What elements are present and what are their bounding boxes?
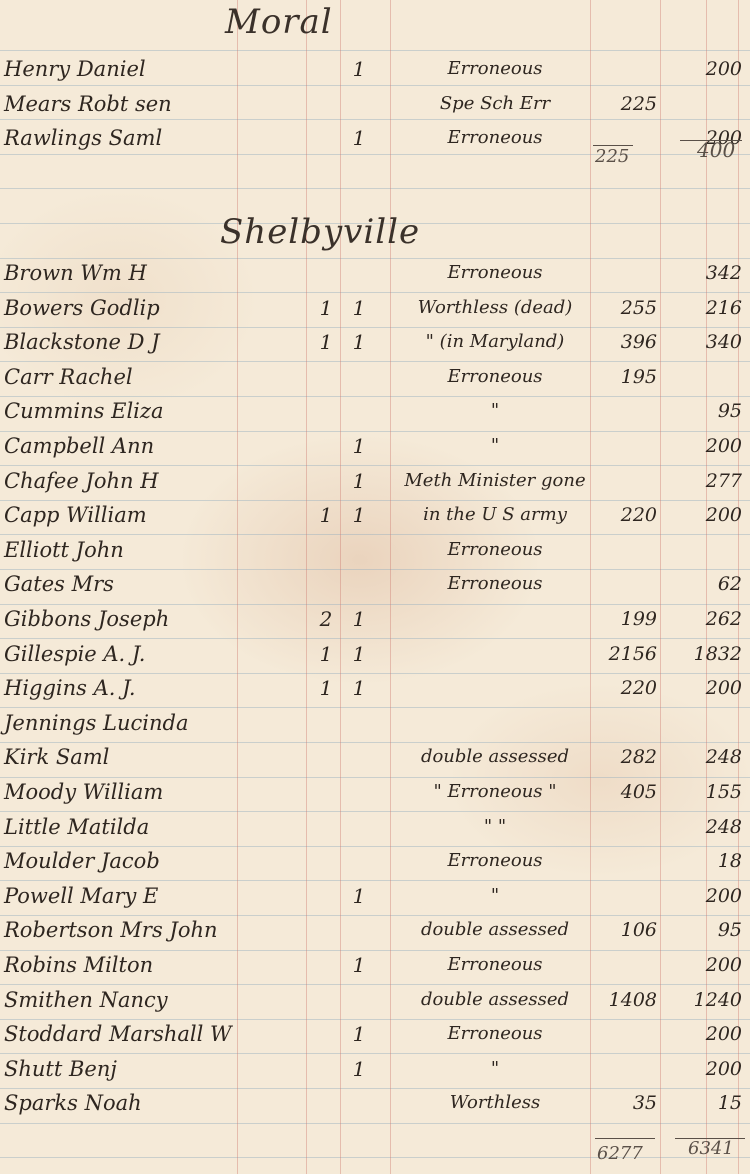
- count-col-1: 1: [312, 673, 340, 703]
- remark: Erroneous: [395, 123, 595, 153]
- person-name: Robins Milton: [4, 950, 153, 980]
- person-name: Sparks Noah: [4, 1088, 142, 1118]
- person-name: Cummins Eliza: [4, 396, 163, 426]
- amount-col-1: 220: [585, 673, 657, 703]
- count-col-1: 1: [312, 639, 340, 669]
- person-name: Moulder Jacob: [4, 846, 160, 876]
- ledger-row: Brown Wm HErroneous342: [0, 256, 750, 290]
- amount-col-1: 405: [585, 777, 657, 807]
- person-name: Elliott John: [4, 535, 124, 565]
- remark: ": [395, 431, 595, 461]
- amount-col-2: 200: [670, 1054, 742, 1084]
- total-rule: [595, 1138, 655, 1139]
- remark: double assessed: [395, 985, 595, 1015]
- amount-col-2: 200: [670, 1019, 742, 1049]
- remark: ": [395, 396, 595, 426]
- ledger-row: Sparks NoahWorthless3515: [0, 1086, 750, 1120]
- ledger-row: Cummins Eliza"95: [0, 394, 750, 428]
- amount-col-1: 225: [585, 89, 657, 119]
- ledger-row: Robertson Mrs Johndouble assessed10695: [0, 913, 750, 947]
- person-name: Mears Robt sen: [4, 89, 172, 119]
- count-col-2: 1: [345, 881, 373, 911]
- person-name: Blackstone D J: [4, 327, 160, 357]
- ledger-row: Moulder JacobErroneous18: [0, 844, 750, 878]
- amount-col-2: 262: [670, 604, 742, 634]
- person-name: Brown Wm H: [4, 258, 147, 288]
- person-name: Kirk Saml: [4, 742, 109, 772]
- amount-col-2: 200: [670, 500, 742, 530]
- section-heading-moral: Moral: [225, 2, 333, 42]
- person-name: Rawlings Saml: [4, 123, 162, 153]
- count-col-2: 1: [345, 466, 373, 496]
- amount-col-2: 342: [670, 258, 742, 288]
- ledger-row: Campbell Ann1"200: [0, 429, 750, 463]
- person-name: Smithen Nancy: [4, 985, 168, 1015]
- remark: Erroneous: [395, 258, 595, 288]
- person-name: Campbell Ann: [4, 431, 154, 461]
- ruled-line: [0, 50, 750, 51]
- remark: Worthless: [395, 1088, 595, 1118]
- amount-col-2: 200: [670, 950, 742, 980]
- ledger-row: Kirk Samldouble assessed282248: [0, 740, 750, 774]
- count-col-2: 1: [345, 123, 373, 153]
- remark: Erroneous: [395, 950, 595, 980]
- person-name: Moody William: [4, 777, 163, 807]
- person-name: Gillespie A. J.: [4, 639, 145, 669]
- remark: " Erroneous ": [395, 777, 595, 807]
- person-name: Shutt Benj: [4, 1054, 117, 1084]
- amount-col-2: 95: [670, 396, 742, 426]
- person-name: Capp William: [4, 500, 147, 530]
- ledger-page: Moral Henry Daniel1Erroneous200Mears Rob…: [0, 0, 750, 1174]
- count-col-1: 1: [312, 327, 340, 357]
- ledger-row: Gillespie A. J.1121561832: [0, 637, 750, 671]
- amount-col-1: 396: [585, 327, 657, 357]
- count-col-1: 1: [312, 500, 340, 530]
- amount-col-2: 248: [670, 742, 742, 772]
- person-name: Henry Daniel: [4, 54, 146, 84]
- remark: Erroneous: [395, 54, 595, 84]
- count-col-2: 1: [345, 293, 373, 323]
- amount-col-2: 15: [670, 1088, 742, 1118]
- ledger-row: Higgins A. J.11220200: [0, 671, 750, 705]
- amount-col-2: 340: [670, 327, 742, 357]
- amount-col-2: 95: [670, 915, 742, 945]
- ledger-row: Gibbons Joseph21199262: [0, 602, 750, 636]
- count-col-1: 2: [312, 604, 340, 634]
- amount-col-2: 155: [670, 777, 742, 807]
- section-total-amt1: 6277: [597, 1143, 643, 1164]
- remark: Spe Sch Err: [395, 89, 595, 119]
- amount-col-2: 1832: [670, 639, 742, 669]
- amount-col-1: 35: [585, 1088, 657, 1118]
- person-name: Chafee John H: [4, 466, 159, 496]
- remark: ": [395, 881, 595, 911]
- ledger-row: Carr RachelErroneous195: [0, 360, 750, 394]
- count-col-2: 1: [345, 500, 373, 530]
- ledger-row: Chafee John H1Meth Minister gone277: [0, 464, 750, 498]
- person-name: Little Matilda: [4, 812, 149, 842]
- amount-col-2: 277: [670, 466, 742, 496]
- person-name: Jennings Lucinda: [4, 708, 188, 738]
- amount-col-2: 200: [670, 431, 742, 461]
- amount-col-2: 18: [670, 846, 742, 876]
- remark: Erroneous: [395, 1019, 595, 1049]
- person-name: Stoddard Marshall W: [4, 1019, 232, 1049]
- section-total-amt1: 225: [595, 146, 629, 167]
- ledger-row: Henry Daniel1Erroneous200: [0, 52, 750, 86]
- ledger-row: Smithen Nancydouble assessed14081240: [0, 983, 750, 1017]
- person-name: Carr Rachel: [4, 362, 133, 392]
- count-col-2: 1: [345, 950, 373, 980]
- remark: ": [395, 1054, 595, 1084]
- ledger-row: Robins Milton1Erroneous200: [0, 948, 750, 982]
- ledger-row: Elliott JohnErroneous: [0, 533, 750, 567]
- ledger-row: Shutt Benj1"200: [0, 1052, 750, 1086]
- section-heading-shelbyville: Shelbyville: [220, 212, 420, 252]
- ledger-row: Mears Robt senSpe Sch Err225: [0, 87, 750, 121]
- person-name: Gates Mrs: [4, 569, 114, 599]
- remark: Meth Minister gone: [395, 466, 595, 496]
- amount-col-2: 62: [670, 569, 742, 599]
- person-name: Gibbons Joseph: [4, 604, 169, 634]
- amount-col-1: 195: [585, 362, 657, 392]
- amount-col-1: 106: [585, 915, 657, 945]
- amount-col-2: 1240: [670, 985, 742, 1015]
- person-name: Robertson Mrs John: [4, 915, 218, 945]
- amount-col-1: 255: [585, 293, 657, 323]
- ledger-row: Gates MrsErroneous62: [0, 567, 750, 601]
- amount-col-2: 200: [670, 881, 742, 911]
- amount-col-1: 282: [585, 742, 657, 772]
- amount-col-1: 220: [585, 500, 657, 530]
- amount-col-2: 200: [670, 673, 742, 703]
- count-col-2: 1: [345, 1019, 373, 1049]
- remark: Erroneous: [395, 569, 595, 599]
- amount-col-1: 199: [585, 604, 657, 634]
- remark: double assessed: [395, 742, 595, 772]
- ledger-row: Blackstone D J11" (in Maryland)396340: [0, 325, 750, 359]
- count-col-1: 1: [312, 293, 340, 323]
- count-col-2: 1: [345, 54, 373, 84]
- person-name: Powell Mary E: [4, 881, 158, 911]
- remark: Erroneous: [395, 535, 595, 565]
- ledger-row: Little Matilda" "248: [0, 810, 750, 844]
- count-col-2: 1: [345, 639, 373, 669]
- person-name: Higgins A. J.: [4, 673, 136, 703]
- remark: Worthless (dead): [395, 293, 595, 323]
- amount-col-2: 216: [670, 293, 742, 323]
- amount-col-1: 1408: [585, 985, 657, 1015]
- count-col-2: 1: [345, 327, 373, 357]
- amount-col-2: 248: [670, 812, 742, 842]
- ruled-line: [0, 1123, 750, 1124]
- amount-col-2: 200: [670, 54, 742, 84]
- amount-col-1: 2156: [585, 639, 657, 669]
- remark: in the U S army: [395, 500, 595, 530]
- person-name: Bowers Godlip: [4, 293, 160, 323]
- ledger-row: Bowers Godlip11Worthless (dead)255216: [0, 291, 750, 325]
- section-total-amt2: 400: [697, 138, 735, 162]
- remark: " (in Maryland): [395, 327, 595, 357]
- ledger-row: Powell Mary E1"200: [0, 879, 750, 913]
- ruled-line: [0, 188, 750, 189]
- count-col-2: 1: [345, 604, 373, 634]
- ledger-row: Stoddard Marshall W1Erroneous200: [0, 1017, 750, 1051]
- ledger-row: Rawlings Saml1Erroneous200: [0, 121, 750, 155]
- count-col-2: 1: [345, 1054, 373, 1084]
- remark: Erroneous: [395, 846, 595, 876]
- count-col-2: 1: [345, 673, 373, 703]
- remark: Erroneous: [395, 362, 595, 392]
- remark: " ": [395, 812, 595, 842]
- section-total-amt2: 6341: [688, 1138, 734, 1159]
- ledger-row: Capp William11in the U S army220200: [0, 498, 750, 532]
- count-col-2: 1: [345, 431, 373, 461]
- ledger-row: Moody William" Erroneous "405155: [0, 775, 750, 809]
- ledger-row: Jennings Lucinda: [0, 706, 750, 740]
- remark: double assessed: [395, 915, 595, 945]
